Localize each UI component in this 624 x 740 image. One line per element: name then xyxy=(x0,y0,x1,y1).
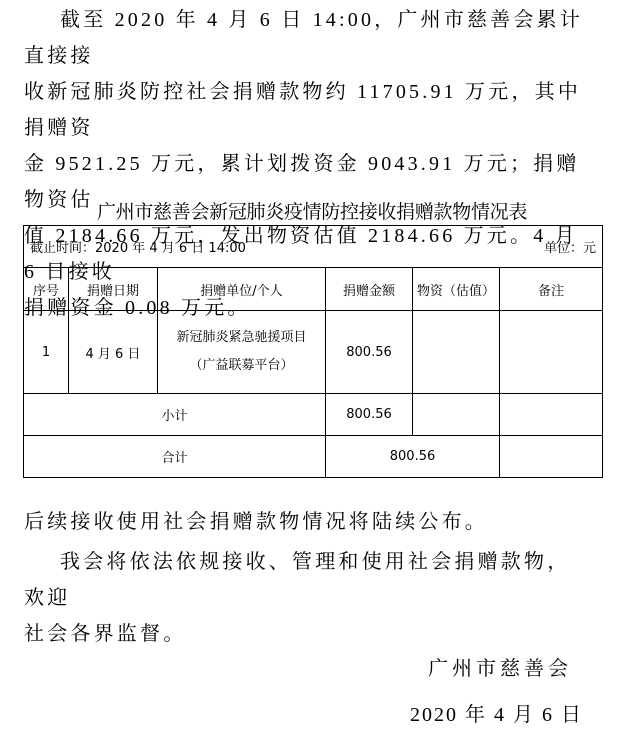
subtotal-amount: 800.56 xyxy=(326,394,413,436)
closing-line-1: 我会将依法依规接收、管理和使用社会捐赠款物，欢迎 xyxy=(24,544,584,616)
row-index: 1 xyxy=(24,311,69,394)
table-meta-row: 截止时间：2020 年 4 月 6 日 14:00 单位：元 xyxy=(24,226,603,268)
unit-label: 单位：元 xyxy=(544,237,602,256)
header-goods: 物资（估值） xyxy=(413,268,500,311)
header-donor: 捐赠单位/个人 xyxy=(158,268,326,311)
cutoff-time: 截止时间：2020 年 4 月 6 日 14:00 xyxy=(24,237,246,256)
closing-line-2: 社会各界监督。 xyxy=(24,616,584,652)
closing-paragraph-1: 后续接收使用社会捐赠款物情况将陆续公布。 xyxy=(24,504,584,540)
subtotal-row: 小计 800.56 xyxy=(24,394,603,436)
header-remark: 备注 xyxy=(500,268,603,311)
header-date: 捐赠日期 xyxy=(69,268,158,311)
table-title: 广州市慈善会新冠肺炎疫情防控接收捐赠款物情况表 xyxy=(0,197,624,224)
header-index: 序号 xyxy=(24,268,69,311)
closing-paragraph-2: 我会将依法依规接收、管理和使用社会捐赠款物，欢迎 社会各界监督。 xyxy=(24,544,584,652)
table-header-row: 序号 捐赠日期 捐赠单位/个人 捐赠金额 物资（估值） 备注 xyxy=(24,268,603,311)
row-goods xyxy=(413,311,500,394)
subtotal-remark xyxy=(500,394,603,436)
donor-line-1: 新冠肺炎紧急驰援项目 xyxy=(158,324,325,352)
donation-table: 截止时间：2020 年 4 月 6 日 14:00 单位：元 序号 捐赠日期 捐… xyxy=(23,225,603,478)
header-amount: 捐赠金额 xyxy=(326,268,413,311)
row-donor: 新冠肺炎紧急驰援项目 （广益联募平台） xyxy=(158,311,326,394)
total-label: 合计 xyxy=(24,436,326,478)
subtotal-goods xyxy=(413,394,500,436)
signature-org: 广州市慈善会 xyxy=(428,652,572,681)
total-amount: 800.56 xyxy=(326,436,500,478)
total-remark xyxy=(500,436,603,478)
row-amount: 800.56 xyxy=(326,311,413,394)
total-row: 合计 800.56 xyxy=(24,436,603,478)
signature-date: 2020 年 4 月 6 日 xyxy=(410,698,583,727)
intro-line-2: 收新冠肺炎防控社会捐赠款物约 11705.91 万元，其中捐赠资 xyxy=(24,74,584,146)
subtotal-label: 小计 xyxy=(24,394,326,436)
row-remark xyxy=(500,311,603,394)
intro-line-1: 截至 2020 年 4 月 6 日 14:00，广州市慈善会累计直接接 xyxy=(24,2,584,74)
table-row: 1 4 月 6 日 新冠肺炎紧急驰援项目 （广益联募平台） 800.56 xyxy=(24,311,603,394)
row-date: 4 月 6 日 xyxy=(69,311,158,394)
donor-line-2: （广益联募平台） xyxy=(158,352,325,380)
